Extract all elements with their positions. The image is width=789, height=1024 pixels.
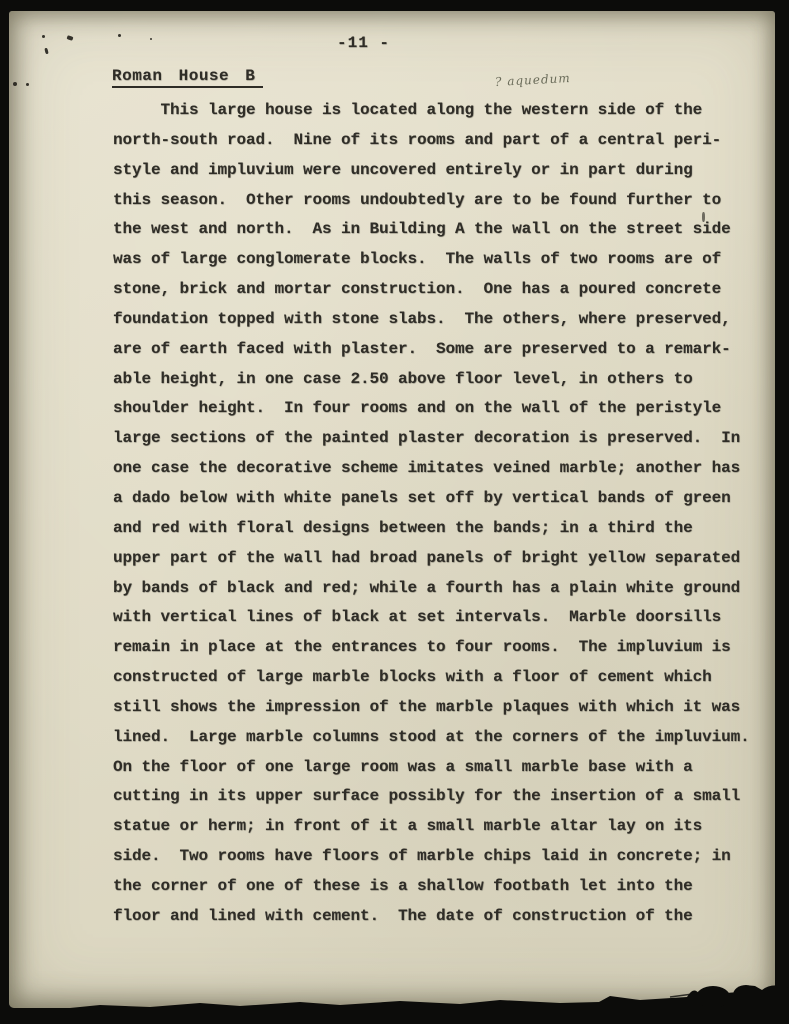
document-page: -11 - Roman House B ? aquedum This large… — [9, 11, 775, 1008]
handwritten-annotation: ? aquedum — [495, 71, 571, 89]
text-line: upper part of the wall had broad panels … — [113, 544, 761, 574]
text-line: cutting in its upper surface possibly fo… — [113, 782, 761, 812]
text-line: large sections of the painted plaster de… — [113, 424, 761, 454]
text-line: with vertical lines of black at set inte… — [113, 603, 761, 633]
text-line: remain in place at the entrances to four… — [113, 633, 761, 663]
body-text: This large house is located along the we… — [113, 96, 761, 932]
text-line: still shows the impression of the marble… — [113, 693, 761, 723]
text-line: stone, brick and mortar construction. On… — [113, 275, 761, 305]
section-heading: Roman House B — [112, 67, 263, 88]
text-line: able height, in one case 2.50 above floo… — [113, 365, 761, 395]
ink-speck — [44, 48, 48, 55]
text-line: this season. Other rooms undoubtedly are… — [113, 186, 761, 216]
text-line: statue or herm; in front of it a small m… — [113, 812, 761, 842]
ink-speck — [66, 35, 73, 41]
text-line: by bands of black and red; while a fourt… — [113, 574, 761, 604]
scanned-page-photo: -11 - Roman House B ? aquedum This large… — [0, 0, 789, 1024]
ink-speck — [702, 212, 705, 222]
text-line: are of earth faced with plaster. Some ar… — [113, 335, 761, 365]
text-line: style and impluvium were uncovered entir… — [113, 156, 761, 186]
text-line: This large house is located along the we… — [113, 96, 761, 126]
text-line: side. Two rooms have floors of marble ch… — [113, 842, 761, 872]
ink-speck — [42, 35, 45, 38]
text-line: the corner of one of these is a shallow … — [113, 872, 761, 902]
text-line: floor and lined with cement. The date of… — [113, 902, 761, 932]
scan-edge-artifact — [0, 964, 789, 1024]
text-line: lined. Large marble columns stood at the… — [113, 723, 761, 753]
text-line: shoulder height. In four rooms and on th… — [113, 394, 761, 424]
text-line: constructed of large marble blocks with … — [113, 663, 761, 693]
text-line: a dado below with white panels set off b… — [113, 484, 761, 514]
text-line: one case the decorative scheme imitates … — [113, 454, 761, 484]
text-line: the west and north. As in Building A the… — [113, 215, 761, 245]
text-line: On the floor of one large room was a sma… — [113, 753, 761, 783]
ink-speck — [13, 82, 17, 86]
ink-speck — [150, 38, 152, 40]
text-line: was of large conglomerate blocks. The wa… — [113, 245, 761, 275]
page-number: -11 - — [337, 34, 390, 52]
text-line: foundation topped with stone slabs. The … — [113, 305, 761, 335]
ink-speck — [118, 34, 121, 37]
text-line: and red with floral designs between the … — [113, 514, 761, 544]
ink-speck — [26, 83, 29, 86]
text-line: north-south road. Nine of its rooms and … — [113, 126, 761, 156]
